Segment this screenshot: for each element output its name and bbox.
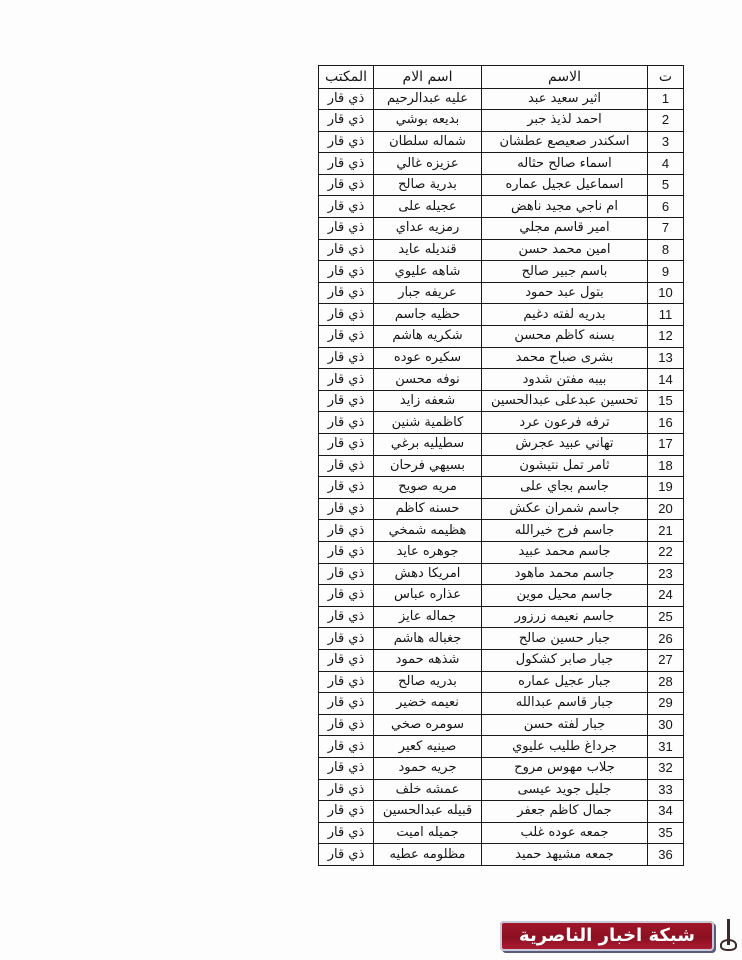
row-name: امير قاسم مجلي bbox=[482, 218, 648, 240]
row-mother-name: شعفه زايد bbox=[374, 390, 482, 412]
table-row: 4اسماء صالح حثالهعزيزه غاليذي قار bbox=[319, 153, 684, 175]
row-office: ذي قار bbox=[319, 520, 374, 542]
row-name: تحسين عبدعلى عبدالحسين bbox=[482, 390, 648, 412]
row-office: ذي قار bbox=[319, 218, 374, 240]
table-row: 35جمعه عوده غلبجميله اميتذي قار bbox=[319, 822, 684, 844]
row-number: 12 bbox=[648, 326, 684, 348]
row-office: ذي قار bbox=[319, 455, 374, 477]
row-number: 36 bbox=[648, 844, 684, 866]
table-row: 27جبار صابر كشكولشذهه حمودذي قار bbox=[319, 649, 684, 671]
row-number: 3 bbox=[648, 131, 684, 153]
row-mother-name: سكيره عوده bbox=[374, 347, 482, 369]
row-number: 17 bbox=[648, 434, 684, 456]
row-number: 22 bbox=[648, 541, 684, 563]
row-number: 20 bbox=[648, 498, 684, 520]
table-row: 10بتول عبد حمودعريفه جبارذي قار bbox=[319, 282, 684, 304]
row-mother-name: نوفه محسن bbox=[374, 369, 482, 391]
row-number: 23 bbox=[648, 563, 684, 585]
table-row: 23جاسم محمد ماهودامريكا دهشذي قار bbox=[319, 563, 684, 585]
row-number: 30 bbox=[648, 714, 684, 736]
table-row: 34جمال كاظم جعفرقبيله عبدالحسينذي قار bbox=[319, 801, 684, 823]
header-mother-name: اسم الام bbox=[374, 66, 482, 89]
watermark-text: شبكة اخبار الناصرية bbox=[500, 921, 714, 951]
row-name: جاسم فرج خيرالله bbox=[482, 520, 648, 542]
names-table: ت الاسم اسم الام المكتب 1اثير سعيد عبدعل… bbox=[318, 65, 684, 866]
row-number: 31 bbox=[648, 736, 684, 758]
row-mother-name: رمزيه عداي bbox=[374, 218, 482, 240]
row-mother-name: عريفه جبار bbox=[374, 282, 482, 304]
table-row: 16ترفه فرعون عردكاظمية شنينذي قار bbox=[319, 412, 684, 434]
row-name: ثامر تمل نتيشون bbox=[482, 455, 648, 477]
row-name: جاسم محيل موين bbox=[482, 585, 648, 607]
header-office: المكتب bbox=[319, 66, 374, 89]
row-mother-name: قبيله عبدالحسين bbox=[374, 801, 482, 823]
row-number: 32 bbox=[648, 757, 684, 779]
row-mother-name: جغباله هاشم bbox=[374, 628, 482, 650]
row-number: 14 bbox=[648, 369, 684, 391]
row-number: 35 bbox=[648, 822, 684, 844]
row-office: ذي قار bbox=[319, 412, 374, 434]
row-mother-name: جوهره عايد bbox=[374, 541, 482, 563]
row-name: جرداغ طليب عليوي bbox=[482, 736, 648, 758]
row-office: ذي قار bbox=[319, 671, 374, 693]
row-office: ذي قار bbox=[319, 477, 374, 499]
table-row: 13بشرى صباح محمدسكيره عودهذي قار bbox=[319, 347, 684, 369]
row-number: 2 bbox=[648, 110, 684, 132]
row-number: 16 bbox=[648, 412, 684, 434]
row-name: ترفه فرعون عرد bbox=[482, 412, 648, 434]
row-mother-name: بديعه بوشي bbox=[374, 110, 482, 132]
table-body: 1اثير سعيد عبدعليه عبدالرحيمذي قار2احمد … bbox=[319, 88, 684, 865]
row-mother-name: عذاره عباس bbox=[374, 585, 482, 607]
row-office: ذي قار bbox=[319, 628, 374, 650]
row-office: ذي قار bbox=[319, 693, 374, 715]
row-office: ذي قار bbox=[319, 541, 374, 563]
row-number: 28 bbox=[648, 671, 684, 693]
row-office: ذي قار bbox=[319, 88, 374, 110]
row-office: ذي قار bbox=[319, 174, 374, 196]
row-number: 4 bbox=[648, 153, 684, 175]
table-row: 9باسم جبير صالحشاهه عليويذي قار bbox=[319, 261, 684, 283]
table-row: 11بدريه لفته دغيمحظيه جاسمذي قار bbox=[319, 304, 684, 326]
row-mother-name: عمشه خلف bbox=[374, 779, 482, 801]
table-row: 3اسكندر صعيصع عطشانشماله سلطانذي قار bbox=[319, 131, 684, 153]
table-row: 32جلاب مهوس مروحجريه حمودذي قار bbox=[319, 757, 684, 779]
row-number: 33 bbox=[648, 779, 684, 801]
row-mother-name: سطيليه برغي bbox=[374, 434, 482, 456]
row-name: بتول عبد حمود bbox=[482, 282, 648, 304]
row-name: جبار حسين صالح bbox=[482, 628, 648, 650]
table-row: 6ام ناجي مجيد ناهضعجيله علىذي قار bbox=[319, 196, 684, 218]
table-row: 22جاسم محمد عبيدجوهره عايدذي قار bbox=[319, 541, 684, 563]
table-row: 30جبار لفته حسنسومره صخيذي قار bbox=[319, 714, 684, 736]
header-number: ت bbox=[648, 66, 684, 89]
table-row: 1اثير سعيد عبدعليه عبدالرحيمذي قار bbox=[319, 88, 684, 110]
row-office: ذي قار bbox=[319, 304, 374, 326]
row-office: ذي قار bbox=[319, 131, 374, 153]
row-number: 24 bbox=[648, 585, 684, 607]
row-name: اسماء صالح حثاله bbox=[482, 153, 648, 175]
row-name: اسكندر صعيصع عطشان bbox=[482, 131, 648, 153]
row-number: 8 bbox=[648, 239, 684, 261]
row-mother-name: بدرية صالح bbox=[374, 174, 482, 196]
row-office: ذي قار bbox=[319, 239, 374, 261]
table-row: 19جاسم بجاي علىمريه صويحذي قار bbox=[319, 477, 684, 499]
row-mother-name: صينيه كعير bbox=[374, 736, 482, 758]
table-row: 33جليل جويد عيسىعمشه خلفذي قار bbox=[319, 779, 684, 801]
row-mother-name: مريه صويح bbox=[374, 477, 482, 499]
row-name: جاسم محمد عبيد bbox=[482, 541, 648, 563]
row-office: ذي قار bbox=[319, 779, 374, 801]
row-office: ذي قار bbox=[319, 606, 374, 628]
row-name: تهاني عبيد عجرش bbox=[482, 434, 648, 456]
document-page: ت الاسم اسم الام المكتب 1اثير سعيد عبدعل… bbox=[0, 0, 742, 960]
row-name: جبار صابر كشكول bbox=[482, 649, 648, 671]
row-name: جاسم بجاي على bbox=[482, 477, 648, 499]
row-number: 25 bbox=[648, 606, 684, 628]
row-name: جلاب مهوس مروح bbox=[482, 757, 648, 779]
row-name: جليل جويد عيسى bbox=[482, 779, 648, 801]
row-mother-name: قنديله عايد bbox=[374, 239, 482, 261]
row-mother-name: بسيهي فرحان bbox=[374, 455, 482, 477]
row-mother-name: عزيزه غالي bbox=[374, 153, 482, 175]
row-mother-name: مظلومه عطيه bbox=[374, 844, 482, 866]
table-row: 20جاسم شمران عكشحسنه كاظمذي قار bbox=[319, 498, 684, 520]
row-office: ذي قار bbox=[319, 736, 374, 758]
row-office: ذي قار bbox=[319, 563, 374, 585]
row-mother-name: حظيه جاسم bbox=[374, 304, 482, 326]
row-mother-name: شذهه حمود bbox=[374, 649, 482, 671]
row-office: ذي قار bbox=[319, 282, 374, 304]
row-office: ذي قار bbox=[319, 757, 374, 779]
row-mother-name: شكريه هاشم bbox=[374, 326, 482, 348]
table-row: 14بيبه مفتن شدودنوفه محسنذي قار bbox=[319, 369, 684, 391]
row-name: بشرى صباح محمد bbox=[482, 347, 648, 369]
table-row: 15تحسين عبدعلى عبدالحسينشعفه زايدذي قار bbox=[319, 390, 684, 412]
row-mother-name: جماله عايز bbox=[374, 606, 482, 628]
table-header-row: ت الاسم اسم الام المكتب bbox=[319, 66, 684, 89]
row-number: 5 bbox=[648, 174, 684, 196]
row-number: 34 bbox=[648, 801, 684, 823]
row-mother-name: نعيمه خضير bbox=[374, 693, 482, 715]
row-number: 29 bbox=[648, 693, 684, 715]
row-mother-name: كاظمية شنين bbox=[374, 412, 482, 434]
row-office: ذي قار bbox=[319, 369, 374, 391]
row-mother-name: سومره صخي bbox=[374, 714, 482, 736]
row-mother-name: عليه عبدالرحيم bbox=[374, 88, 482, 110]
row-mother-name: جريه حمود bbox=[374, 757, 482, 779]
row-name: جمال كاظم جعفر bbox=[482, 801, 648, 823]
table-row: 17تهاني عبيد عجرشسطيليه برغيذي قار bbox=[319, 434, 684, 456]
row-office: ذي قار bbox=[319, 326, 374, 348]
row-number: 6 bbox=[648, 196, 684, 218]
row-mother-name: حسنه كاظم bbox=[374, 498, 482, 520]
row-name: جاسم شمران عكش bbox=[482, 498, 648, 520]
header-name: الاسم bbox=[482, 66, 648, 89]
table-row: 31جرداغ طليب عليويصينيه كعيرذي قار bbox=[319, 736, 684, 758]
row-office: ذي قار bbox=[319, 498, 374, 520]
row-name: جاسم محمد ماهود bbox=[482, 563, 648, 585]
table-row: 24جاسم محيل موينعذاره عباسذي قار bbox=[319, 585, 684, 607]
row-name: جمعه عوده غلب bbox=[482, 822, 648, 844]
row-office: ذي قار bbox=[319, 390, 374, 412]
row-number: 26 bbox=[648, 628, 684, 650]
row-name: جبار عجيل عماره bbox=[482, 671, 648, 693]
row-name: امين محمد حسن bbox=[482, 239, 648, 261]
row-office: ذي قار bbox=[319, 822, 374, 844]
row-name: جاسم نعيمه زرزور bbox=[482, 606, 648, 628]
row-mother-name: هظيمه شمخي bbox=[374, 520, 482, 542]
table-row: 8امين محمد حسنقنديله عايدذي قار bbox=[319, 239, 684, 261]
row-office: ذي قار bbox=[319, 347, 374, 369]
table-row: 12بسنه كاظم محسنشكريه هاشمذي قار bbox=[319, 326, 684, 348]
watermark-logo: شبكة اخبار الناصرية bbox=[500, 916, 740, 956]
row-office: ذي قار bbox=[319, 649, 374, 671]
row-office: ذي قار bbox=[319, 801, 374, 823]
row-number: 7 bbox=[648, 218, 684, 240]
row-name: بدريه لفته دغيم bbox=[482, 304, 648, 326]
row-number: 21 bbox=[648, 520, 684, 542]
row-number: 1 bbox=[648, 88, 684, 110]
row-number: 9 bbox=[648, 261, 684, 283]
row-office: ذي قار bbox=[319, 844, 374, 866]
table-row: 7امير قاسم مجليرمزيه عدايذي قار bbox=[319, 218, 684, 240]
row-name: بيبه مفتن شدود bbox=[482, 369, 648, 391]
row-mother-name: جميله اميت bbox=[374, 822, 482, 844]
row-number: 13 bbox=[648, 347, 684, 369]
row-number: 19 bbox=[648, 477, 684, 499]
row-number: 15 bbox=[648, 390, 684, 412]
table-row: 18ثامر تمل نتيشونبسيهي فرحانذي قار bbox=[319, 455, 684, 477]
row-office: ذي قار bbox=[319, 261, 374, 283]
row-mother-name: عجيله على bbox=[374, 196, 482, 218]
table-row: 5اسماعيل عجيل عمارهبدرية صالحذي قار bbox=[319, 174, 684, 196]
row-name: بسنه كاظم محسن bbox=[482, 326, 648, 348]
row-number: 18 bbox=[648, 455, 684, 477]
table-row: 29جبار قاسم عبداللهنعيمه خضيرذي قار bbox=[319, 693, 684, 715]
row-office: ذي قار bbox=[319, 585, 374, 607]
row-mother-name: شاهه عليوي bbox=[374, 261, 482, 283]
table-row: 21جاسم فرج خيراللههظيمه شمخيذي قار bbox=[319, 520, 684, 542]
row-name: احمد لذيذ جبر bbox=[482, 110, 648, 132]
row-mother-name: بدريه صالح bbox=[374, 671, 482, 693]
row-name: اثير سعيد عبد bbox=[482, 88, 648, 110]
row-name: اسماعيل عجيل عماره bbox=[482, 174, 648, 196]
table-row: 28جبار عجيل عمارهبدريه صالحذي قار bbox=[319, 671, 684, 693]
row-name: باسم جبير صالح bbox=[482, 261, 648, 283]
row-office: ذي قار bbox=[319, 110, 374, 132]
row-mother-name: امريكا دهش bbox=[374, 563, 482, 585]
row-office: ذي قار bbox=[319, 714, 374, 736]
row-office: ذي قار bbox=[319, 153, 374, 175]
row-number: 27 bbox=[648, 649, 684, 671]
row-name: ام ناجي مجيد ناهض bbox=[482, 196, 648, 218]
table-row: 2احمد لذيذ جبربديعه بوشيذي قار bbox=[319, 110, 684, 132]
row-name: جمعه مشيهد حميد bbox=[482, 844, 648, 866]
row-name: جبار قاسم عبدالله bbox=[482, 693, 648, 715]
row-name: جبار لفته حسن bbox=[482, 714, 648, 736]
table-row: 36جمعه مشيهد حميدمظلومه عطيهذي قار bbox=[319, 844, 684, 866]
table-row: 25جاسم نعيمه زرزورجماله عايزذي قار bbox=[319, 606, 684, 628]
row-number: 11 bbox=[648, 304, 684, 326]
row-office: ذي قار bbox=[319, 196, 374, 218]
table-row: 26جبار حسين صالحجغباله هاشمذي قار bbox=[319, 628, 684, 650]
row-number: 10 bbox=[648, 282, 684, 304]
row-mother-name: شماله سلطان bbox=[374, 131, 482, 153]
row-office: ذي قار bbox=[319, 434, 374, 456]
emblem-icon bbox=[718, 919, 740, 953]
